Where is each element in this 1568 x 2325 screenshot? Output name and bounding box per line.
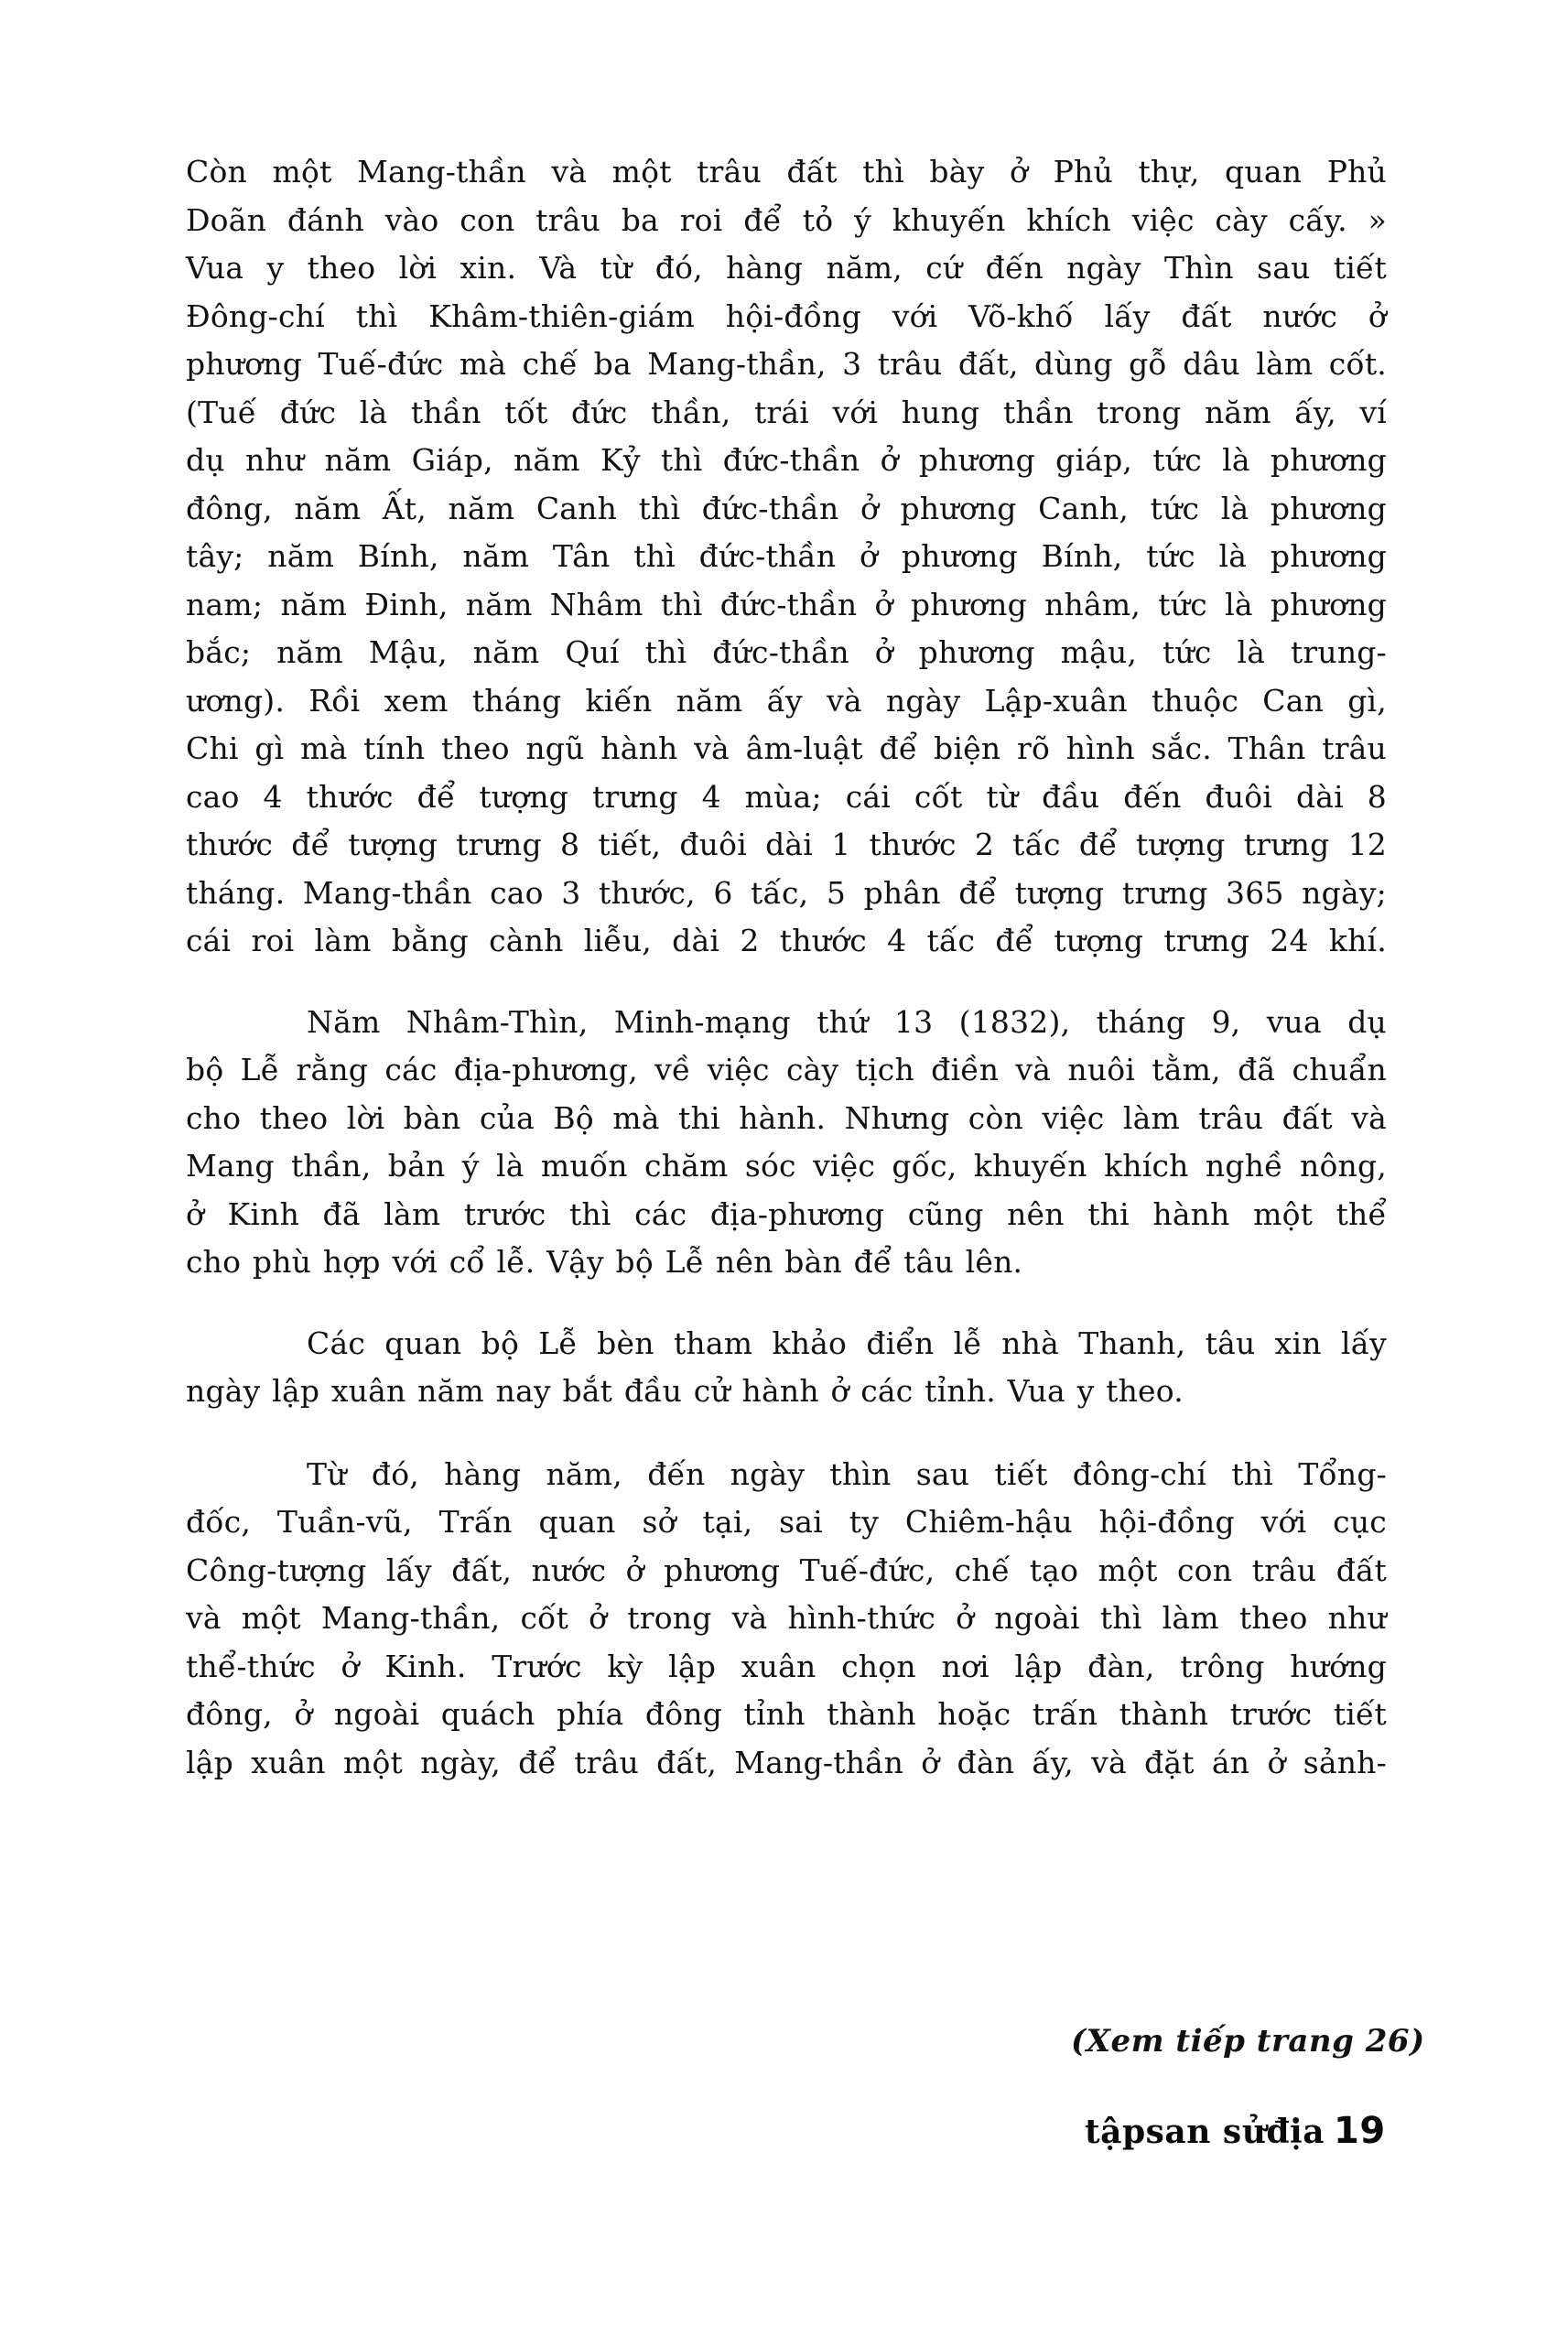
- text-line: tây; năm Bính, năm Tân thì đức-thần ở ph…: [186, 533, 1387, 581]
- body-text: Còn một Mang-thần và một trâu đất thì bà…: [186, 148, 1387, 1787]
- text-line: Công-tượng lấy đất, nước ở phương Tuế-đứ…: [186, 1547, 1387, 1595]
- text-line: cao 4 thước để tượng trưng 4 mùa; cái cố…: [186, 773, 1387, 822]
- document-page: Còn một Mang-thần và một trâu đất thì bà…: [0, 0, 1568, 2325]
- page-footer: tậpsan sửđịa19: [1085, 2110, 1386, 2152]
- paragraph-2: Năm Nhâm-Thìn, Minh-mạng thứ 13 (1832), …: [186, 999, 1387, 1287]
- page-number: 19: [1334, 2110, 1386, 2152]
- text-line: ở Kinh đã làm trước thì các địa-phương c…: [186, 1191, 1387, 1239]
- text-line: Chi gì mà tính theo ngũ hành và âm-luật …: [186, 725, 1387, 773]
- text-line: cho theo lời bàn của Bộ mà thi hành. Như…: [186, 1095, 1387, 1143]
- text-line: nam; năm Đinh, năm Nhâm thì đức-thần ở p…: [186, 581, 1387, 630]
- publication-title: tậpsan sửđịa: [1085, 2113, 1325, 2151]
- text-line: và một Mang-thần, cốt ở trong và hình-th…: [186, 1595, 1387, 1643]
- text-line: Vua y theo lời xin. Và từ đó, hàng năm, …: [186, 244, 1387, 293]
- paragraph-3: Các quan bộ Lễ bèn tham khảo điển lễ nhà…: [186, 1320, 1387, 1416]
- text-line: bộ Lễ rằng các địa-phương, về việc cày t…: [186, 1046, 1387, 1095]
- continued-on-page-note: (Xem tiếp trang 26): [1071, 2023, 1425, 2060]
- paragraph-4: Từ đó, hàng năm, đến ngày thìn sau tiết …: [186, 1451, 1387, 1788]
- text-line: Các quan bộ Lễ bèn tham khảo điển lễ nhà…: [186, 1320, 1387, 1368]
- text-line: cái roi làm bằng cành liễu, dài 2 thước …: [186, 917, 1387, 966]
- paragraph-1: Còn một Mang-thần và một trâu đất thì bà…: [186, 148, 1387, 966]
- text-line: Năm Nhâm-Thìn, Minh-mạng thứ 13 (1832), …: [186, 999, 1387, 1047]
- text-line: đông, ở ngoài quách phía đông tỉnh thành…: [186, 1691, 1387, 1739]
- text-line: Mang thần, bản ý là muốn chăm sóc việc g…: [186, 1142, 1387, 1191]
- text-line: Còn một Mang-thần và một trâu đất thì bà…: [186, 148, 1387, 197]
- text-line: phương Tuế-đức mà chế ba Mang-thần, 3 tr…: [186, 341, 1387, 389]
- text-line: đốc, Tuần-vũ, Trấn quan sở tại, sai ty C…: [186, 1498, 1387, 1547]
- text-line: Doãn đánh vào con trâu ba roi để tỏ ý kh…: [186, 197, 1387, 245]
- text-line: dụ như năm Giáp, năm Kỷ thì đức-thần ở p…: [186, 437, 1387, 485]
- text-line: Từ đó, hàng năm, đến ngày thìn sau tiết …: [186, 1451, 1387, 1499]
- text-line: bắc; năm Mậu, năm Quí thì đức-thần ở phư…: [186, 629, 1387, 677]
- text-line: ngày lập xuân năm nay bắt đầu cử hành ở …: [186, 1368, 1387, 1416]
- text-line: tháng. Mang-thần cao 3 thước, 6 tấc, 5 p…: [186, 870, 1387, 918]
- text-line: lập xuân một ngày, để trâu đất, Mang-thầ…: [186, 1739, 1387, 1788]
- text-line: đông, năm Ất, năm Canh thì đức-thần ở ph…: [186, 485, 1387, 534]
- text-line: (Tuế đức là thần tốt đức thần, trái với …: [186, 389, 1387, 438]
- text-line: thước để tượng trưng 8 tiết, đuôi dài 1 …: [186, 821, 1387, 870]
- text-line: ương). Rồi xem tháng kiến năm ấy và ngày…: [186, 677, 1387, 726]
- text-line: Đông-chí thì Khâm-thiên-giám hội-đồng vớ…: [186, 293, 1387, 341]
- text-line: thể-thức ở Kinh. Trước kỳ lập xuân chọn …: [186, 1643, 1387, 1692]
- text-line: cho phù hợp với cổ lễ. Vậy bộ Lễ nên bàn…: [186, 1238, 1387, 1287]
